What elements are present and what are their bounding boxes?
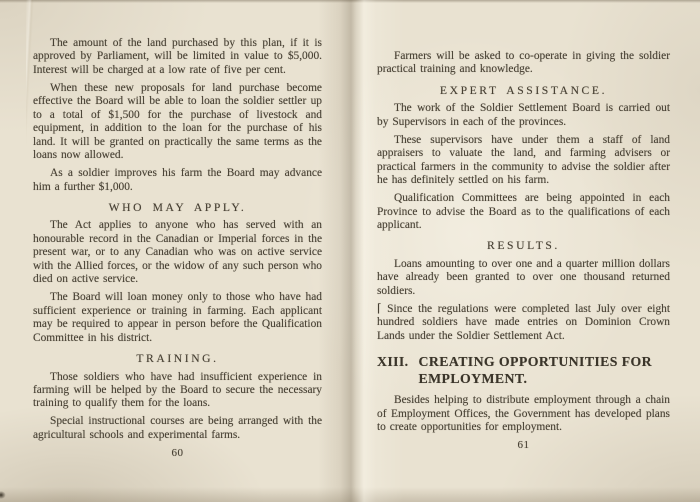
paragraph-loans-granted: Loans amounting to over one and a quarte… xyxy=(377,258,670,298)
paragraph-new-proposals: When these new proposals for land purcha… xyxy=(33,82,322,163)
paragraph-board-loan: The Board will loan money only to those … xyxy=(33,291,322,345)
paragraph-board-work: The work of the Soldier Settlement Board… xyxy=(377,102,670,129)
heading-results: RESULTS. xyxy=(377,239,670,253)
heading-expert-assistance: EXPERT ASSISTANCE. xyxy=(377,84,670,98)
paragraph-supervisors-staff: These supervisors have under them a staf… xyxy=(377,134,670,188)
paragraph-farm-improvement: As a soldier improves his farm the Board… xyxy=(33,167,322,194)
page-number-left: 60 xyxy=(33,447,322,459)
paragraph-land-amount: The amount of the land purchased by this… xyxy=(33,37,322,77)
paragraph-insufficient-experience: Those soldiers who have had insufficient… xyxy=(33,371,322,411)
chapter-heading-employment: XIII. CREATING OPPORTUNITIES FOR EMPLOYM… xyxy=(377,354,670,387)
page-right: Farmers will be asked to co-operate in g… xyxy=(377,50,670,451)
paragraph-besides-helping: Besides helping to distribute employment… xyxy=(377,394,670,434)
chapter-title: CREATING OPPORTUNITIES FOR EMPLOYMENT. xyxy=(419,354,661,387)
heading-training: TRAINING. xyxy=(33,352,322,366)
paragraph-since-regulations: ⌈ Since the regulations were completed l… xyxy=(377,303,670,343)
paragraph-act-applies: The Act applies to anyone who has served… xyxy=(33,219,322,286)
book-spread: The amount of the land purchased by this… xyxy=(0,0,700,502)
paragraph-qualification-committees: Qualification Committees are being appoi… xyxy=(377,192,670,232)
page-left: The amount of the land purchased by this… xyxy=(33,37,322,459)
heading-who-may-apply: WHO MAY APPLY. xyxy=(33,201,322,215)
page-number-right: 61 xyxy=(377,439,670,451)
paragraph-instructional-courses: Special instructional courses are being … xyxy=(33,415,322,442)
paragraph-farmers-cooperate: Farmers will be asked to co-operate in g… xyxy=(377,50,670,77)
chapter-number: XIII. xyxy=(377,354,409,387)
